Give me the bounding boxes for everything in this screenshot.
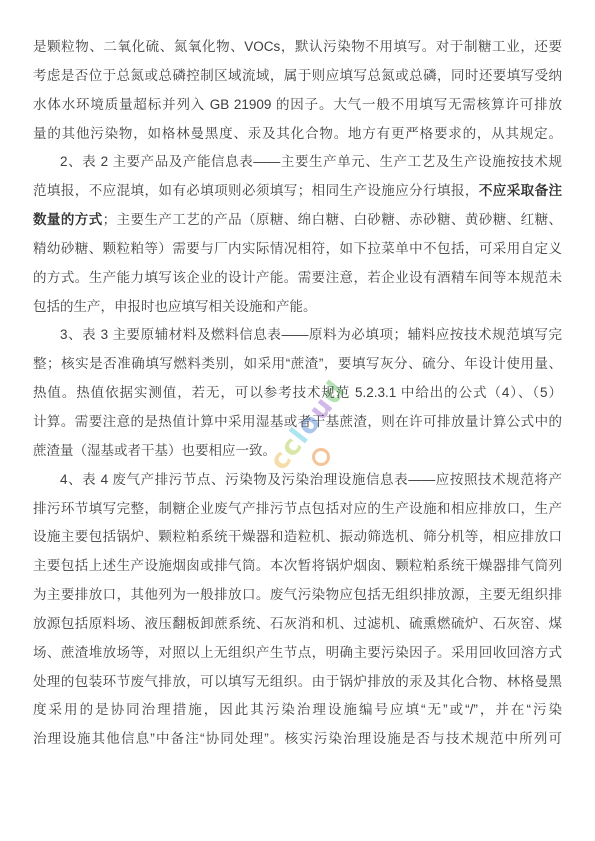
text-line: 放源包括原料场、液压翻板卸蔗系统、石灰消和机、过滤机、硫熏燃硫炉、石灰窑、煤 (33, 610, 562, 639)
text-segment: 处理的包装环节废气排放，可以填写无组织。由于锅炉排放的汞及其化合物、林格曼黑 (33, 674, 562, 689)
text-line: 为主要排放口，其他列为一般排放口。废气污染物应包括无组织排放源，主要无组织排 (33, 581, 562, 610)
text-line: 度采用的是协同治理措施，因此其污染治理设施编号应填“无”或“/”，并在“污染 (33, 696, 562, 725)
text-segment: 为主要排放口，其他列为一般排放口。废气污染物应包括无组织排放源，主要无组织排 (33, 587, 562, 602)
text-line: 处理的包装环节废气排放，可以填写无组织。由于锅炉排放的汞及其化合物、林格曼黑 (33, 668, 562, 697)
text-segment: 精幼砂糖、颗粒粕等）需要与厂内实际情况相符，如下拉菜单中不包括，可采用自定义 (33, 241, 562, 256)
text-segment: 计算。需要注意的是热值计算中采用湿基或者干基蔗渣，则在许可排放量计算公式中的 (33, 414, 562, 429)
text-segment: 放源包括原料场、液压翻板卸蔗系统、石灰消和机、过滤机、硫熏燃硫炉、石灰窑、煤 (33, 616, 562, 631)
text-segment: 场、蔗渣堆放场等，对照以上无组织产生节点，明确主要污染因子。采用回收回溶方式 (33, 645, 562, 660)
text-line: 包括的生产，申报时也应填写相关设施和产能。 (33, 293, 562, 322)
bold-text-segment: 不应采取备注 (479, 183, 562, 198)
text-segment: 2、表 2 主要产品及产能信息表——主要生产单元、生产工艺及生产设施按技术规 (60, 154, 562, 169)
text-segment: 量的其他污染物，如格林曼黑度、汞及其化合物。地方有更严格要求的，从其规定。 (33, 126, 562, 141)
text-line: 热值。热值依据实测值，若无，可以参考技术规范 5.2.3.1 中给出的公式（4）… (33, 379, 562, 408)
text-line: 考虑是否位于总氮或总磷控制区域流域，属于则应填写总氮或总磷，同时还要填写受纳 (33, 62, 562, 91)
text-segment: ；主要生产工艺的产品（原糖、绵白糖、白砂糖、赤砂糖、黄砂糖、红糖、 (103, 212, 562, 227)
text-segment: 排污环节填写完整，制糖企业废气产排污节点包括对应的生产设施和相应排放口，生产 (33, 501, 562, 516)
text-line: 量的其他污染物，如格林曼黑度、汞及其化合物。地方有更严格要求的，从其规定。 (33, 120, 562, 149)
text-segment: 的方式。生产能力填写该企业的设计产能。需要注意，若企业设有酒精车间等本规范未 (33, 270, 562, 285)
text-line: 设施主要包括锅炉、颗粒粕系统干燥器和造粒机、振动筛选机、筛分机等，相应排放口 (33, 523, 562, 552)
text-line: 治理设施其他信息”中备注“协同处理”。核实污染治理设施是否与技术规范中所列可 (33, 725, 562, 754)
text-segment: 主要包括上述生产设施烟囱或排气筒。本次暂将锅炉烟囱、颗粒粕系统干燥器排气筒列 (33, 558, 562, 573)
text-line: 4、表 4 废气产排污节点、污染物及污染治理设施信息表——应按照技术规范将产 (33, 466, 562, 495)
text-line: 场、蔗渣堆放场等，对照以上无组织产生节点，明确主要污染因子。采用回收回溶方式 (33, 639, 562, 668)
text-segment: 包括的生产，申报时也应填写相关设施和产能。 (33, 299, 317, 314)
text-line: 精幼砂糖、颗粒粕等）需要与厂内实际情况相符，如下拉菜单中不包括，可采用自定义 (33, 235, 562, 264)
text-line: 的方式。生产能力填写该企业的设计产能。需要注意，若企业设有酒精车间等本规范未 (33, 264, 562, 293)
text-segment: 范填报，不应混填，如有必填项则必须填写；相同生产设施应分行填报， (33, 183, 479, 198)
text-block: 是颗粒物、二氧化硫、氮氧化物、VOCs，默认污染物不用填写。对于制糖工业，还要考… (33, 33, 562, 754)
text-line: 3、表 3 主要原辅材料及燃料信息表——原料为必填项；辅料应按技术规范填写完 (33, 321, 562, 350)
text-line: 2、表 2 主要产品及产能信息表——主要生产单元、生产工艺及生产设施按技术规 (33, 148, 562, 177)
text-line: 数量的方式；主要生产工艺的产品（原糖、绵白糖、白砂糖、赤砂糖、黄砂糖、红糖、 (33, 206, 562, 235)
text-segment: 考虑是否位于总氮或总磷控制区域流域，属于则应填写总氮或总磷，同时还要填写受纳 (33, 68, 562, 83)
text-line: 是颗粒物、二氧化硫、氮氧化物、VOCs，默认污染物不用填写。对于制糖工业，还要 (33, 33, 562, 62)
bold-text-segment: 数量的方式 (33, 212, 103, 227)
text-segment: 治理设施其他信息”中备注“协同处理”。核实污染治理设施是否与技术规范中所列可 (33, 731, 562, 746)
document-page: ccloud 是颗粒物、二氧化硫、氮氧化物、VOCs，默认污染物不用填写。对于制… (0, 0, 595, 841)
text-segment: 3、表 3 主要原辅材料及燃料信息表——原料为必填项；辅料应按技术规范填写完 (60, 327, 562, 342)
text-line: 蔗渣量（湿基或者干基）也要相应一致。 (33, 437, 562, 466)
text-segment: 整；核实是否准确填写燃料类别，如采用“蔗渣”，要填写灰分、硫分、年设计使用量、 (33, 356, 562, 371)
text-line: 排污环节填写完整，制糖企业废气产排污节点包括对应的生产设施和相应排放口，生产 (33, 495, 562, 524)
text-segment: 度采用的是协同治理措施，因此其污染治理设施编号应填“无”或“/”，并在“污染 (33, 702, 562, 717)
text-line: 主要包括上述生产设施烟囱或排气筒。本次暂将锅炉烟囱、颗粒粕系统干燥器排气筒列 (33, 552, 562, 581)
text-line: 范填报，不应混填，如有必填项则必须填写；相同生产设施应分行填报，不应采取备注 (33, 177, 562, 206)
text-line: 水体水环境质量超标并列入 GB 21909 的因子。大气一般不用填写无需核算许可… (33, 91, 562, 120)
text-segment: 蔗渣量（湿基或者干基）也要相应一致。 (33, 443, 276, 458)
text-segment: 4、表 4 废气产排污节点、污染物及污染治理设施信息表——应按照技术规范将产 (60, 472, 562, 487)
text-segment: 热值。热值依据实测值，若无，可以参考技术规范 5.2.3.1 中给出的公式（4）… (33, 385, 562, 400)
text-segment: 设施主要包括锅炉、颗粒粕系统干燥器和造粒机、振动筛选机、筛分机等，相应排放口 (33, 529, 562, 544)
text-line: 计算。需要注意的是热值计算中采用湿基或者干基蔗渣，则在许可排放量计算公式中的 (33, 408, 562, 437)
text-line: 整；核实是否准确填写燃料类别，如采用“蔗渣”，要填写灰分、硫分、年设计使用量、 (33, 350, 562, 379)
text-segment: 是颗粒物、二氧化硫、氮氧化物、VOCs，默认污染物不用填写。对于制糖工业，还要 (33, 39, 562, 54)
text-segment: 水体水环境质量超标并列入 GB 21909 的因子。大气一般不用填写无需核算许可… (33, 97, 562, 112)
